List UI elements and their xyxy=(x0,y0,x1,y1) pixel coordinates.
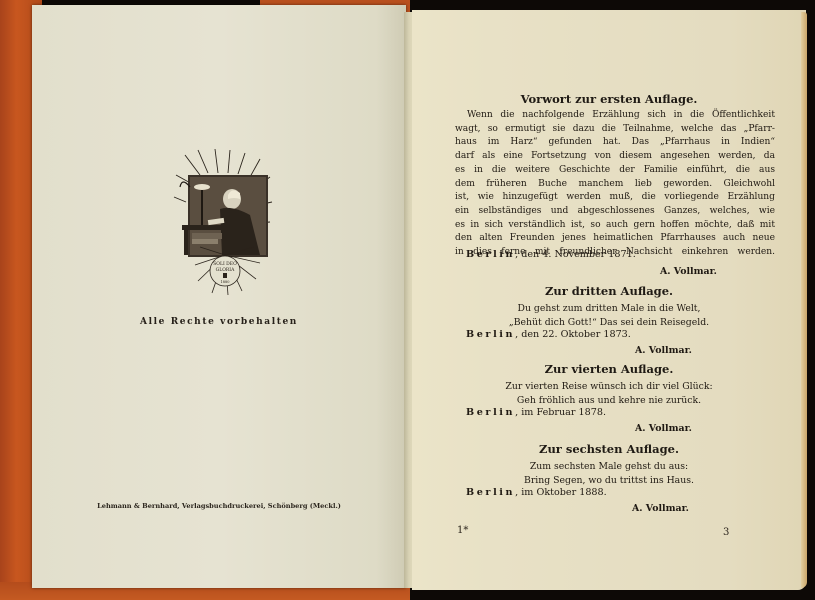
dateline-city: Berlin xyxy=(466,407,515,418)
verse-sixth-edition: Zum sechsten Male gehst du aus: Bring Se… xyxy=(412,460,806,487)
dateline-1878: Berlin, im Februar 1878. xyxy=(466,407,606,418)
paragraph-line: haus im Harz“ gefunden hat. Das „Pfarrha… xyxy=(455,136,775,150)
signature: A. Vollmar. xyxy=(635,345,692,356)
paragraph-line: Wenn die nachfolgende Erzählung sich in … xyxy=(455,109,775,123)
dateline-1888: Berlin, im Oktober 1888. xyxy=(466,487,607,498)
verse-line: „Behüt dich Gott!“ Das sei dein Reisegel… xyxy=(412,316,806,330)
paragraph-line: ein selbständiges und abgeschlossenes Ga… xyxy=(455,205,775,219)
paragraph-line: wagt, so ermutigt sie dazu die Teilnahme… xyxy=(455,123,775,137)
dateline-city: Berlin xyxy=(466,487,515,498)
svg-text:GLORIA: GLORIA xyxy=(216,267,235,273)
verse-line: Du gehst zum dritten Male in die Welt, xyxy=(412,302,806,316)
printer-imprint: Lehmann & Bernhard, Verlagsbuchdruckerei… xyxy=(32,502,406,510)
dateline-city: Berlin xyxy=(466,329,515,340)
heading-third-edition: Zur dritten Auflage. xyxy=(412,284,806,298)
verse-line: Zum sechsten Male gehst du aus: xyxy=(412,460,806,474)
heading-first-edition: Vorwort zur ersten Auflage. xyxy=(412,92,806,106)
dateline-1871: Berlin, den 4. November 1871. xyxy=(466,249,636,260)
heading-fourth-edition: Zur vierten Auflage. xyxy=(412,362,806,376)
signature-mark: 1* xyxy=(457,525,468,536)
verse-line: Zur vierten Reise wünsch ich dir viel Gl… xyxy=(412,380,806,394)
verse-line: Geh fröhlich aus und kehre nie zurück. xyxy=(412,394,806,408)
paragraph-line: es in sich verständlich ist, so auch ger… xyxy=(455,219,775,233)
verse-line: Bring Segen, wo du trittst ins Haus. xyxy=(412,474,806,488)
preface-paragraph: Wenn die nachfolgende Erzählung sich in … xyxy=(455,109,775,260)
scholar-vignette-icon: SOLI DEO GLORIA 1880 xyxy=(170,147,280,297)
page-number: 3 xyxy=(723,527,729,538)
svg-text:SOLI DEO: SOLI DEO xyxy=(213,261,237,267)
dateline-date: , den 4. November 1871. xyxy=(515,249,636,260)
verse-third-edition: Du gehst zum dritten Male in die Welt, „… xyxy=(412,302,806,329)
heading-sixth-edition: Zur sechsten Auflage. xyxy=(412,442,806,456)
paragraph-line: dem früheren Buche manchem lieb geworden… xyxy=(455,178,775,192)
dateline-date: , den 22. Oktober 1873. xyxy=(515,329,631,340)
verse-fourth-edition: Zur vierten Reise wünsch ich dir viel Gl… xyxy=(412,380,806,407)
dateline-date: , im Februar 1878. xyxy=(515,407,606,418)
dateline-date: , im Oktober 1888. xyxy=(515,487,607,498)
signature: A. Vollmar. xyxy=(660,266,717,277)
paragraph-line: ist, wie hinzugefügt werden muß, die vor… xyxy=(455,191,775,205)
dateline-1873: Berlin, den 22. Oktober 1873. xyxy=(466,329,631,340)
rights-notice: Alle Rechte vorbehalten xyxy=(32,317,406,327)
paragraph-line: darf als eine Fortsetzung von diesem ang… xyxy=(455,150,775,164)
signature: A. Vollmar. xyxy=(635,423,692,434)
dateline-city: Berlin xyxy=(466,249,515,260)
svg-text:1880: 1880 xyxy=(221,280,230,284)
signature: A. Vollmar. xyxy=(632,503,689,514)
paragraph-line: den alten Freunden jenes heimatlichen Pf… xyxy=(455,232,775,246)
paragraph-line: es in die weitere Geschichte der Familie… xyxy=(455,164,775,178)
